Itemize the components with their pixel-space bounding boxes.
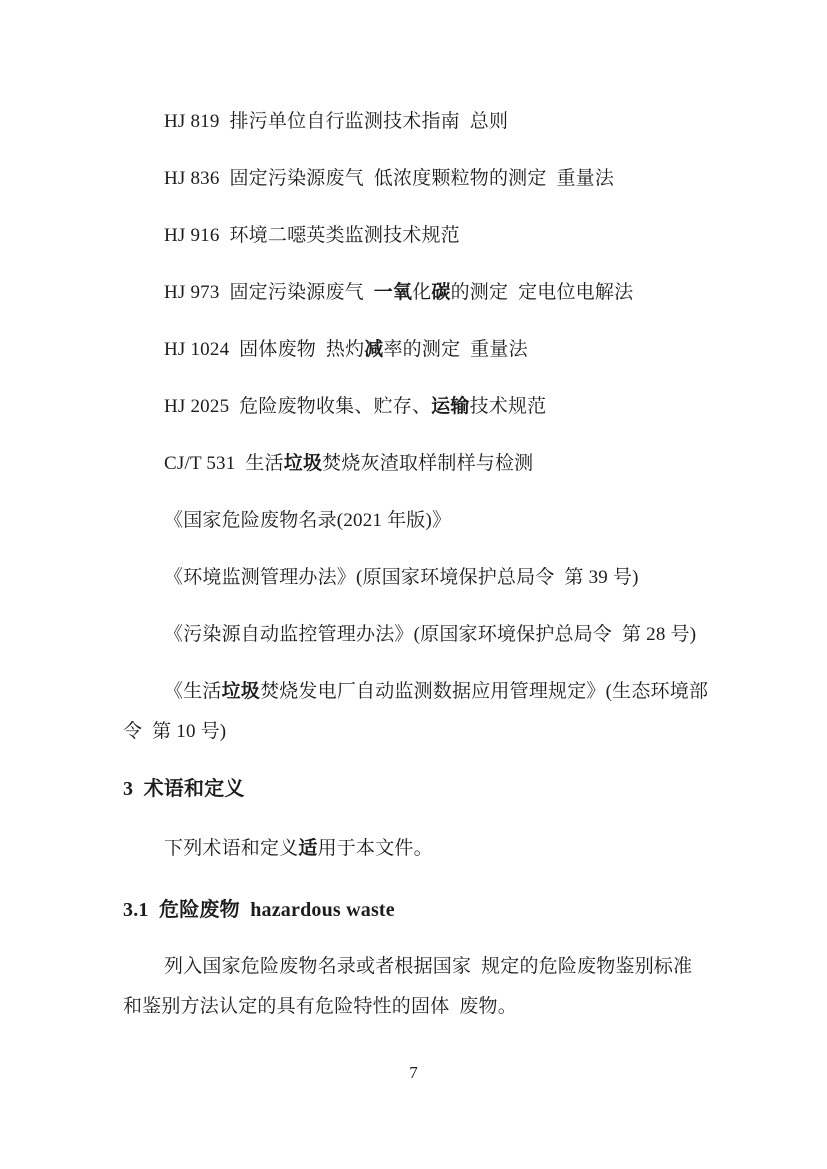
page-number: 7: [0, 1060, 827, 1086]
reference-national-hazardous-waste-list: 《国家危险废物名录(2021 年版)》: [123, 501, 743, 541]
reference-env-monitoring-measures: 《环境监测管理办法》(原国家环境保护总局令 第 39 号): [123, 558, 743, 598]
text-segment: 《环境监测管理办法》(原国家环境保护总局令 第 39 号): [164, 567, 639, 588]
page-content: HJ 819 排污单位自行监测技术指南 总则 HJ 836 固定污染源废气 低浓…: [123, 0, 743, 1044]
text-segment: 的测定 定电位电解法: [451, 282, 634, 303]
bold-text-segment: 运输: [431, 396, 469, 417]
bold-text-segment: 垃圾: [222, 681, 260, 702]
bold-text-segment: 碳: [431, 282, 450, 303]
section-3-heading: 3 术语和定义: [123, 769, 743, 809]
reference-hj-819: HJ 819 排污单位自行监测技术指南 总则: [123, 102, 743, 142]
term-3-1-heading: 3.1 危险废物 hazardous waste: [123, 890, 743, 930]
reference-hj-1024: HJ 1024 固体废物 热灼减率的测定 重量法: [123, 330, 743, 370]
section-3-intro: 下列术语和定义适用于本文件。: [123, 829, 743, 869]
reference-hj-836: HJ 836 固定污染源废气 低浓度颗粒物的测定 重量法: [123, 159, 743, 199]
term-3-1-definition: 列入国家危险废物名录或者根据国家 规定的危险废物鉴别标准 和鉴别方法认定的具有危…: [123, 947, 743, 1027]
text-segment: HJ 836 固定污染源废气 低浓度颗粒物的测定 重量法: [164, 168, 614, 189]
text-segment: 率的测定 重量法: [383, 339, 527, 360]
reference-cjt-531: CJ/T 531 生活垃圾焚烧灰渣取样制样与检测: [123, 444, 743, 484]
text-segment: HJ 916 环境二噁英类监测技术规范: [164, 225, 460, 246]
text-segment: 技术规范: [470, 396, 547, 417]
reference-hj-973: HJ 973 固定污染源废气 一氧化碳的测定 定电位电解法: [123, 273, 743, 313]
reference-hj-2025: HJ 2025 危险废物收集、贮存、运输技术规范: [123, 387, 743, 427]
reference-auto-monitoring-measures: 《污染源自动监控管理办法》(原国家环境保护总局令 第 28 号): [123, 615, 743, 655]
text-segment: 《污染源自动监控管理办法》(原国家环境保护总局令 第 28 号): [164, 624, 696, 645]
bold-text-segment: 一氧: [374, 282, 412, 303]
text-segment: 《国家危险废物名录(2021 年版)》: [164, 510, 451, 531]
bold-text-segment: 适: [298, 838, 317, 859]
text-segment: CJ/T 531 生活: [164, 453, 284, 474]
text-segment: HJ 819 排污单位自行监测技术指南 总则: [164, 111, 508, 132]
text-segment: HJ 973 固定污染源废气: [164, 282, 374, 303]
text-segment: 《生活: [164, 681, 222, 702]
reference-msw-incineration-regulation: 《生活垃圾焚烧发电厂自动监测数据应用管理规定》(生态环境部 令 第 10 号): [123, 672, 743, 752]
bold-text-segment: 减: [364, 339, 383, 360]
text-segment: HJ 1024 固体废物 热灼: [164, 339, 364, 360]
reference-hj-916: HJ 916 环境二噁英类监测技术规范: [123, 216, 743, 256]
document-page: HJ 819 排污单位自行监测技术指南 总则 HJ 836 固定污染源废气 低浓…: [0, 0, 827, 1169]
text-segment: 化: [412, 282, 431, 303]
text-segment: 焚烧灰渣取样制样与检测: [322, 453, 533, 474]
text-segment: 下列术语和定义: [164, 838, 298, 859]
text-segment: 列入国家危险废物名录或者根据国家 规定的危险废物鉴别标准 和鉴别方法认定的具有危…: [123, 956, 692, 1017]
bold-text-segment: 垃圾: [284, 453, 322, 474]
text-segment: 用于本文件。: [318, 838, 433, 859]
text-segment: HJ 2025 危险废物收集、贮存、: [164, 396, 431, 417]
